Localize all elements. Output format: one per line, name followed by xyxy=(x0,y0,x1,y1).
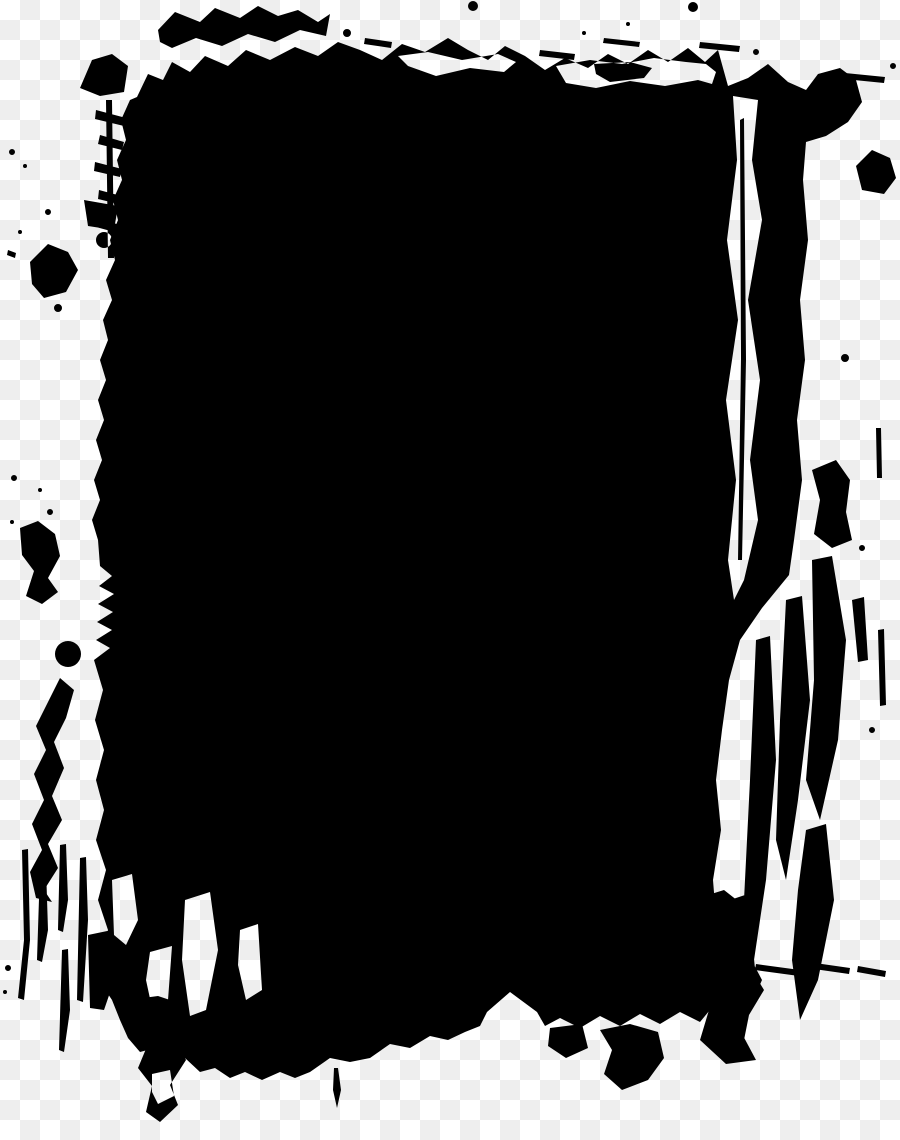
grunge-frame-artwork xyxy=(0,0,900,1140)
transparency-checkerboard-background xyxy=(0,0,900,1140)
bottom-left-streaks xyxy=(3,844,116,1052)
grunge-ink-group xyxy=(3,1,896,1122)
